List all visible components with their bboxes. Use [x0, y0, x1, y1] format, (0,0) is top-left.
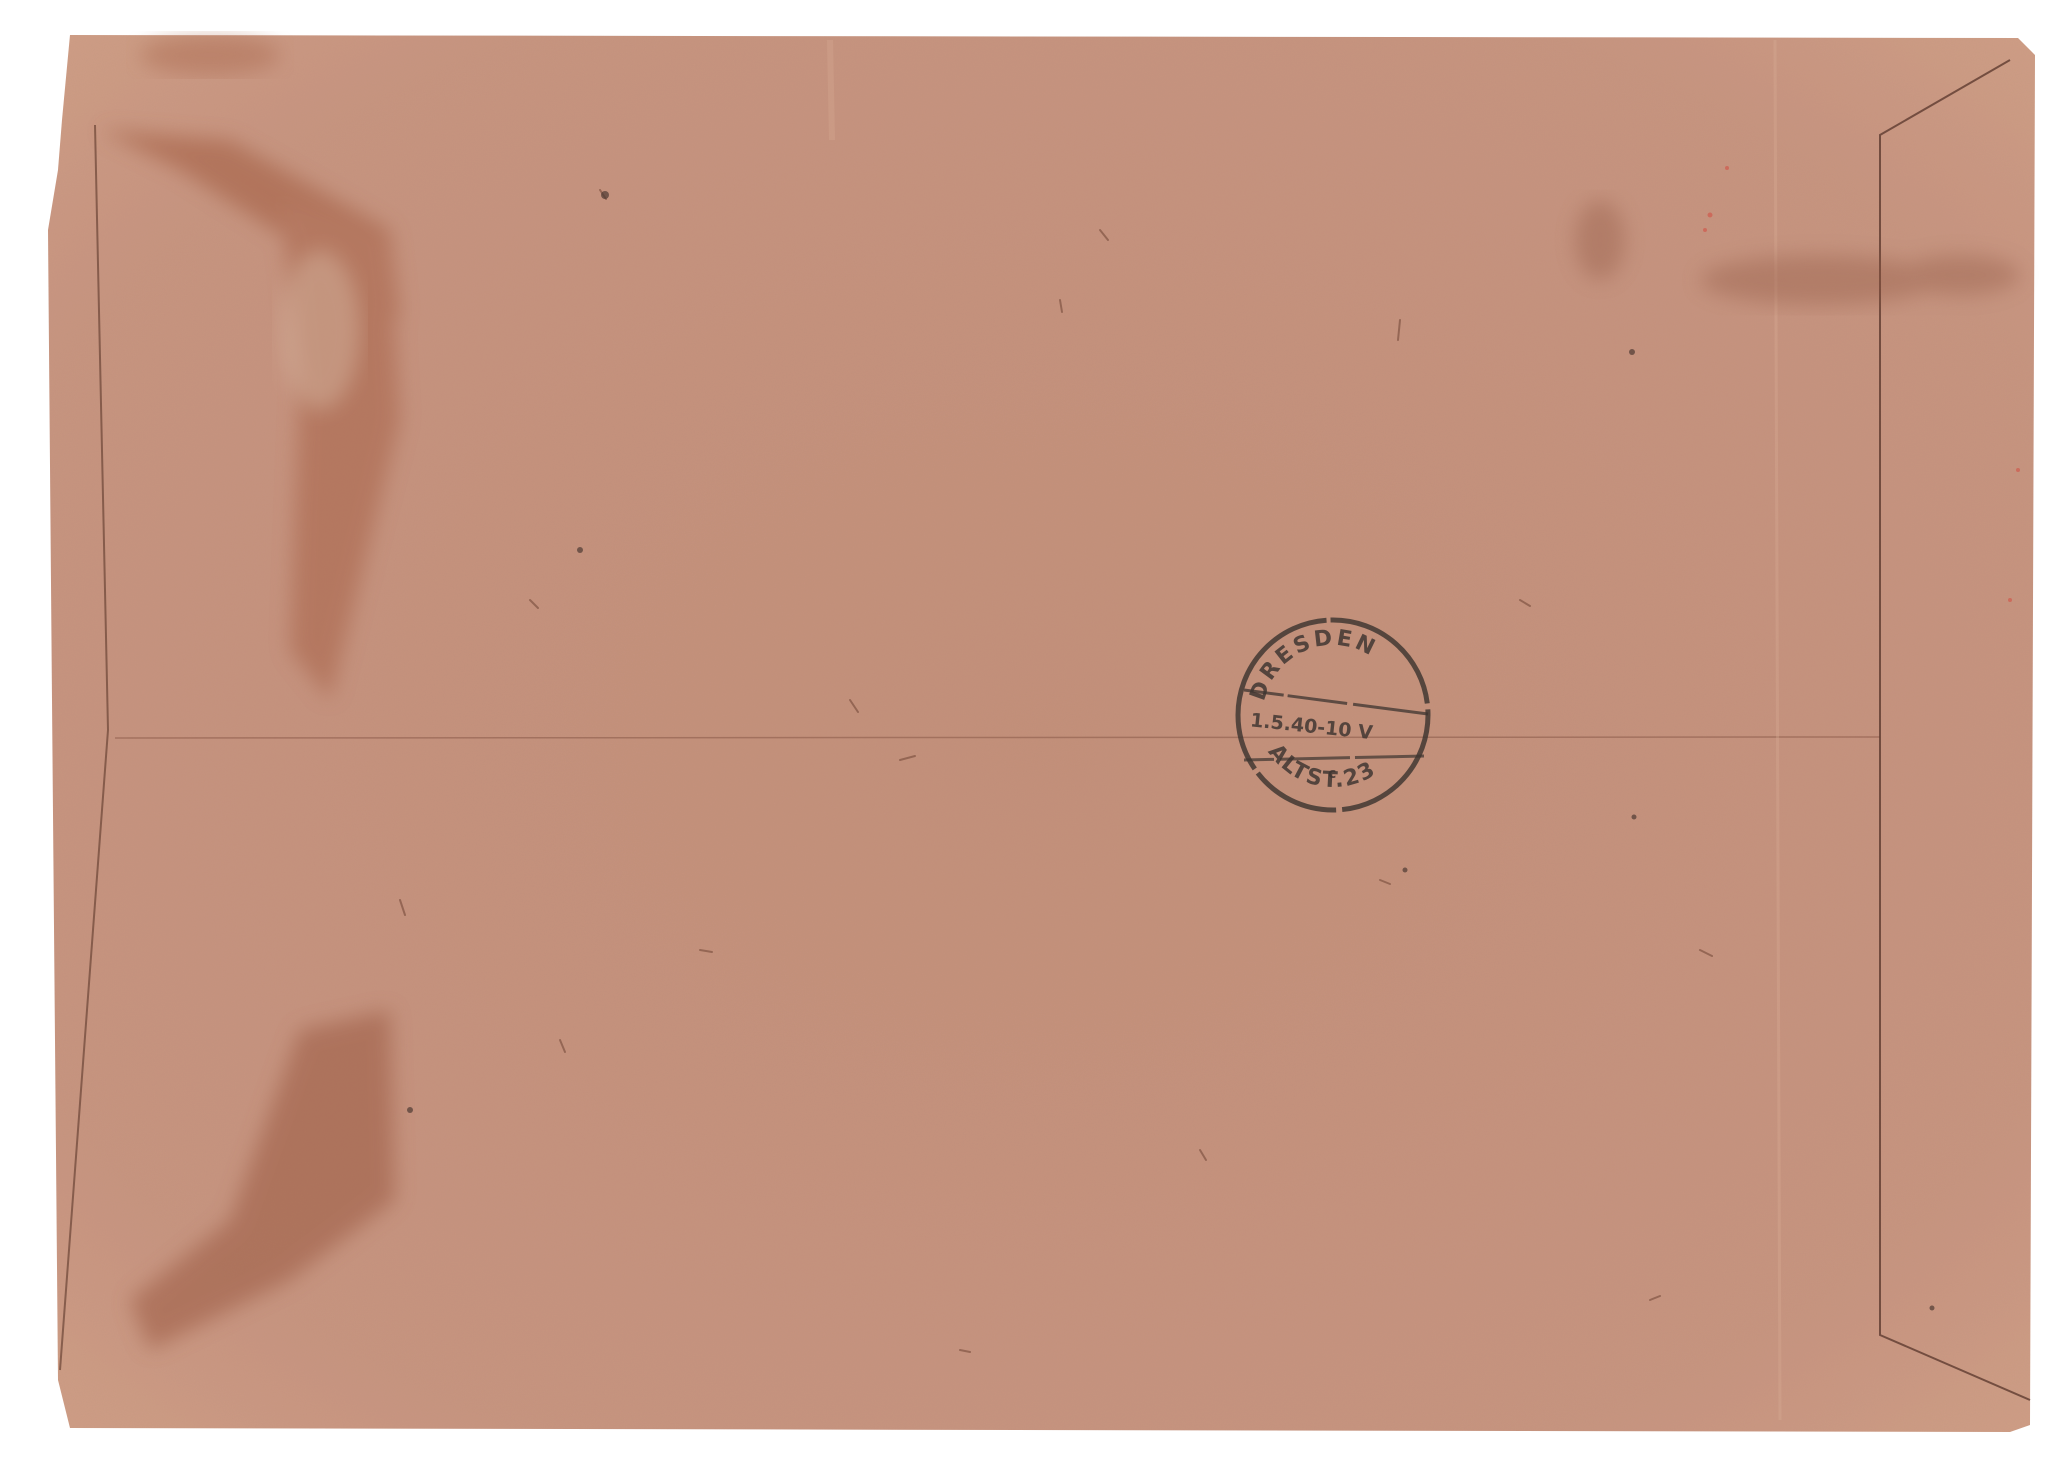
center-crease — [115, 737, 1880, 738]
envelope-back — [0, 0, 2069, 1481]
scanned-envelope: DRESDEN 1.5.40-10 V c ALTST.23 — [0, 0, 2069, 1481]
postmark-office: ALTST.23 — [1263, 740, 1381, 794]
postmark-city: DRESDEN — [1246, 625, 1382, 703]
postmark-date: 1.5.40-10 V — [1249, 709, 1374, 744]
dresden-postmark: DRESDEN 1.5.40-10 V c ALTST.23 — [1228, 610, 1438, 820]
